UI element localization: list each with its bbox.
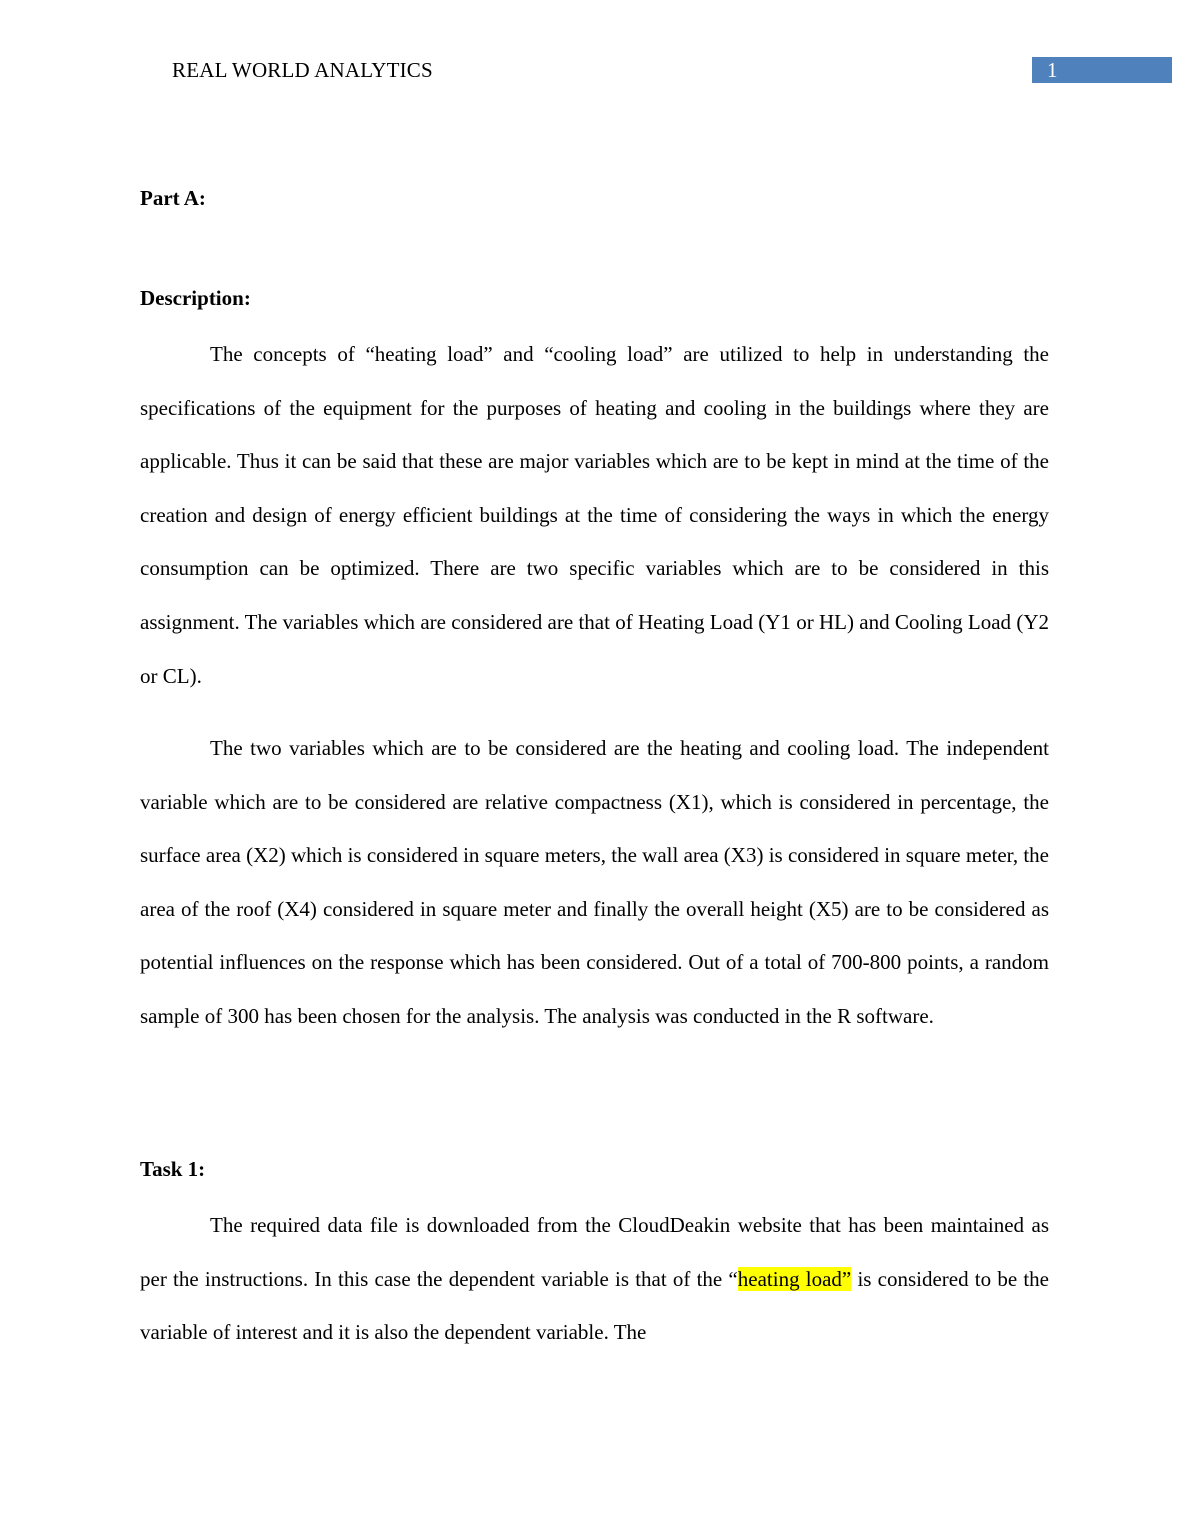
running-head: REAL WORLD ANALYTICS [172, 58, 433, 83]
page-number: 1 [1047, 58, 1058, 83]
description-paragraph-2: The two variables which are to be consid… [140, 722, 1049, 1044]
heading-task-1: Task 1: [140, 1157, 205, 1182]
description-paragraph-1: The concepts of “heating load” and “cool… [140, 328, 1049, 703]
task1-paragraph: The required data file is downloaded fro… [140, 1199, 1049, 1360]
highlighted-text: heating load” [738, 1267, 851, 1291]
heading-part-a: Part A: [140, 186, 206, 211]
heading-description: Description: [140, 286, 251, 311]
page-number-box: 1 [1032, 57, 1172, 83]
